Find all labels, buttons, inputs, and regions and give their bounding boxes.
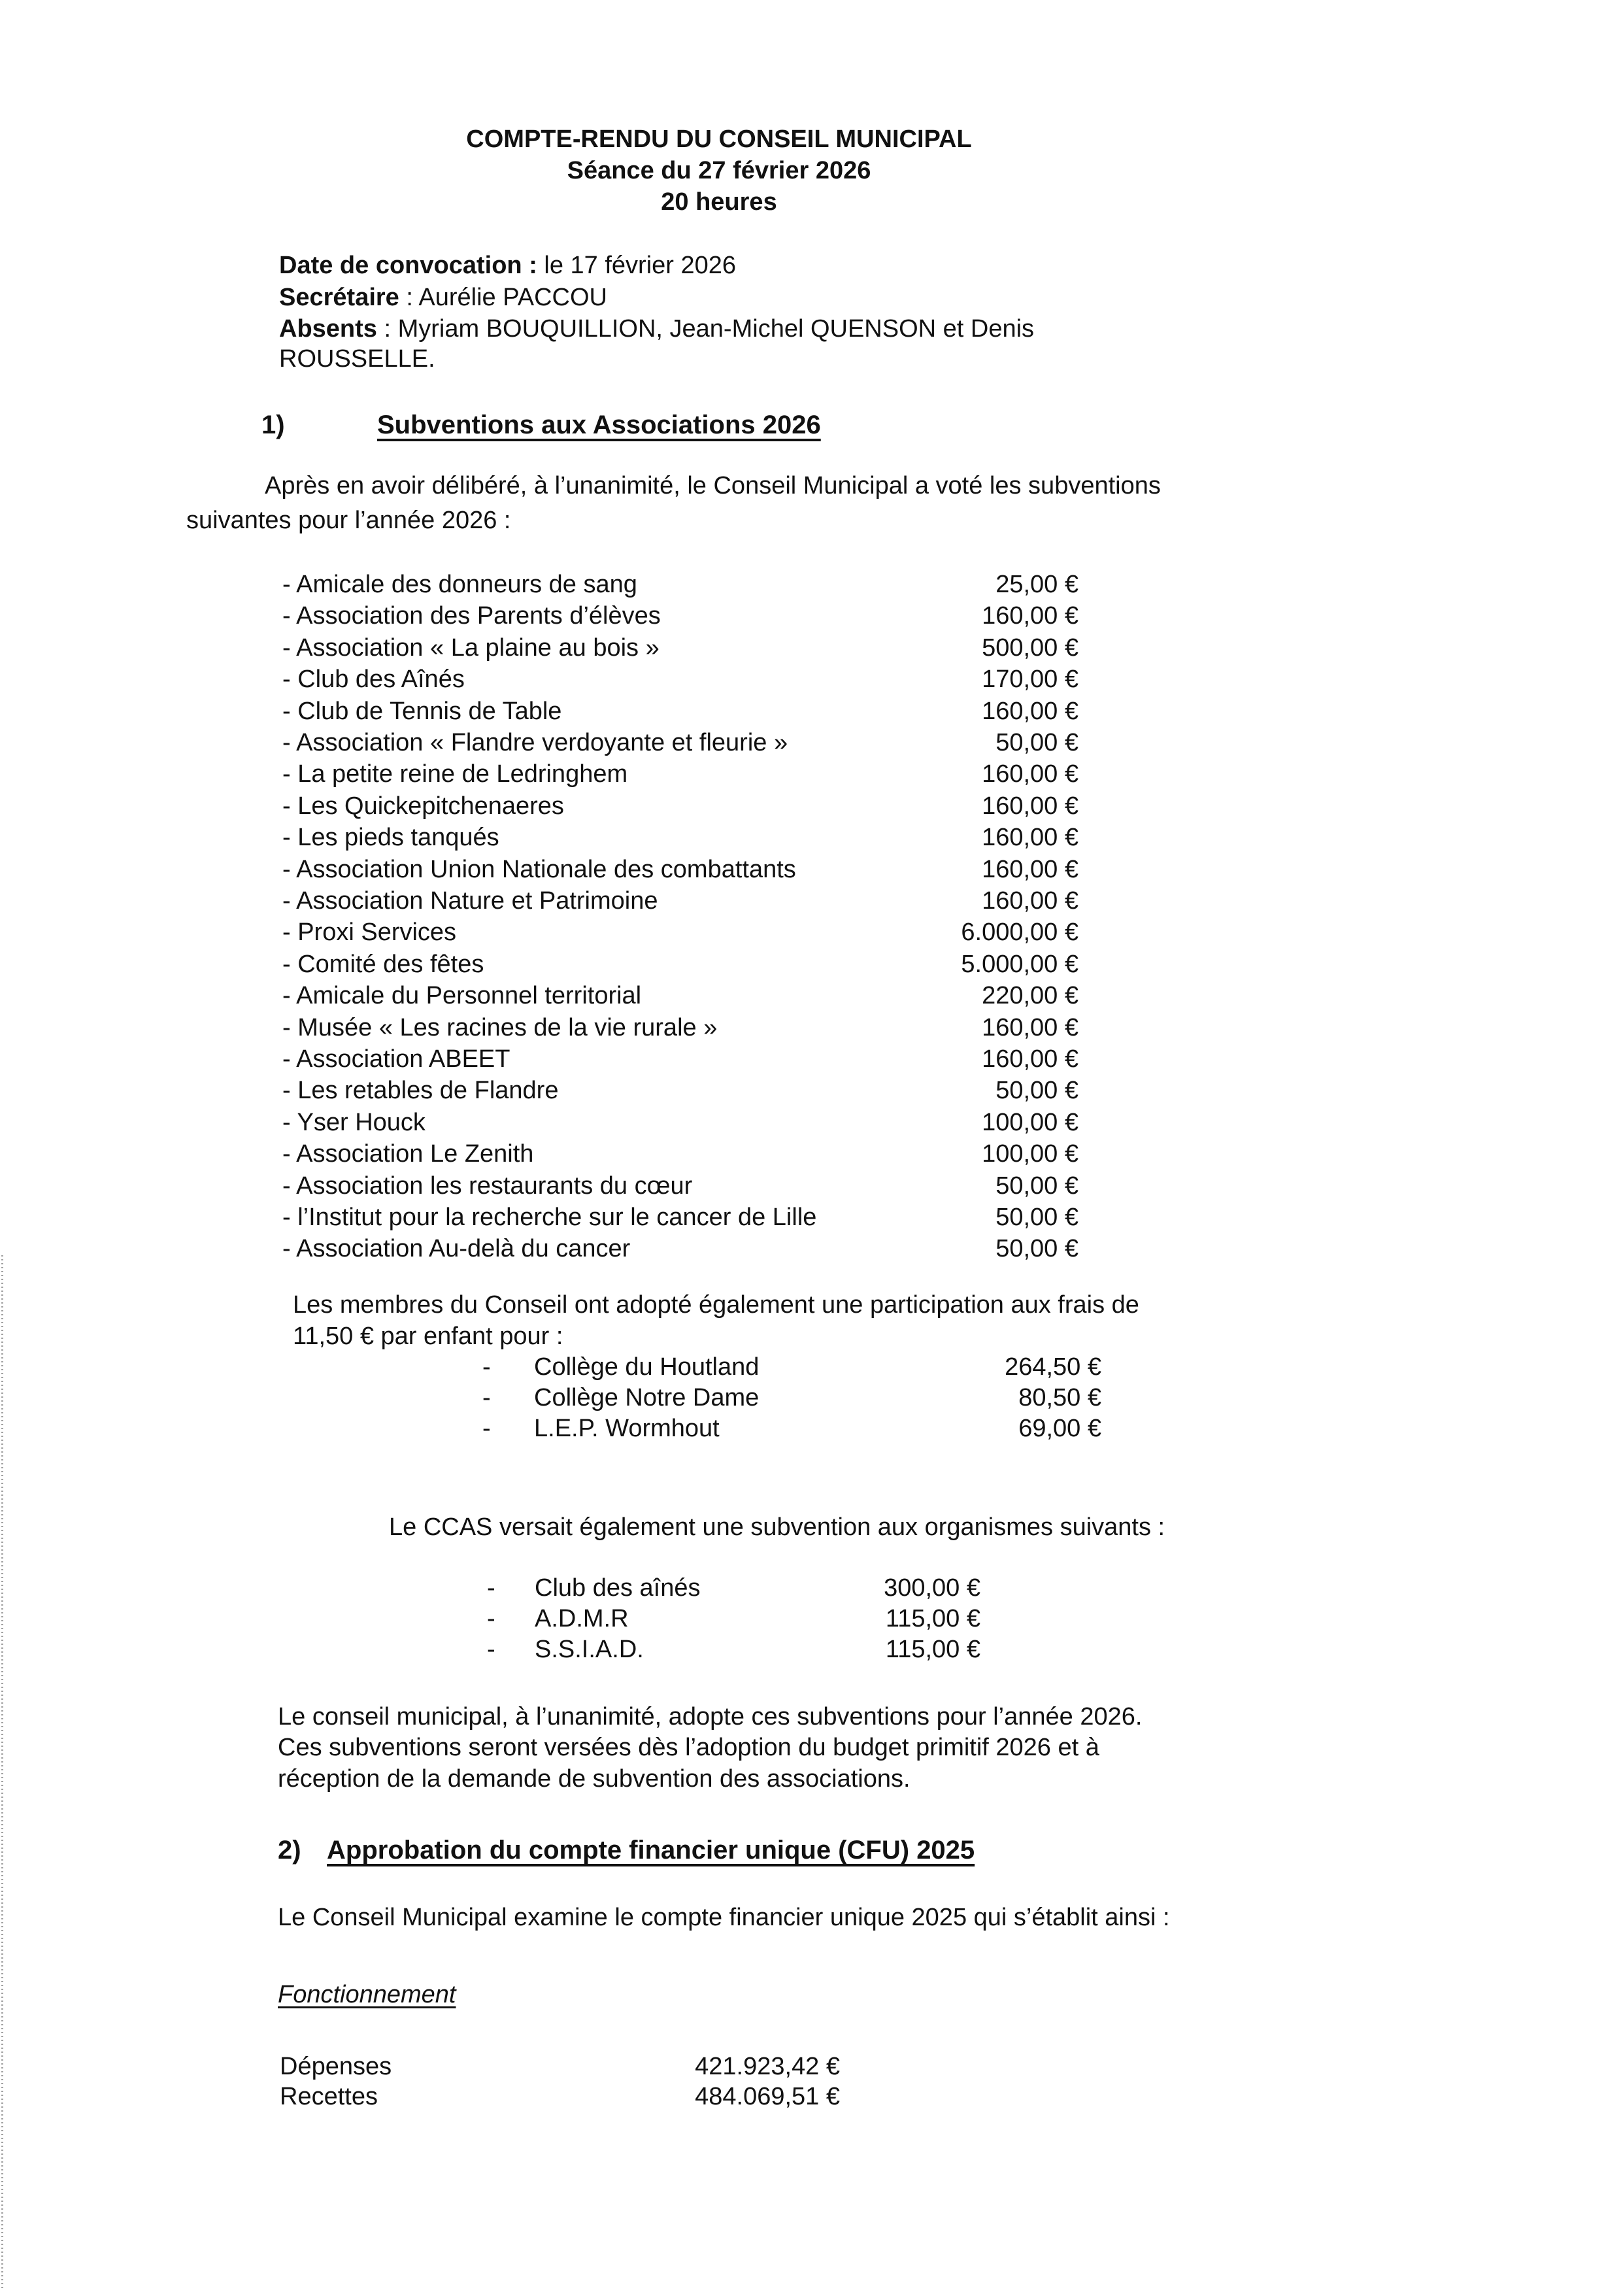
convocation-label: Date de convocation : — [279, 252, 537, 279]
association-amount: 160,00 € — [882, 698, 1078, 726]
association-name: - Association Nature et Patrimoine — [282, 887, 658, 915]
cfu-label: Dépenses — [280, 2053, 392, 2081]
school-name: Collège Notre Dame — [534, 1384, 759, 1412]
association-name: - Amicale du Personnel territorial — [282, 982, 641, 1010]
participation-line-2: 11,50 € par enfant pour : — [293, 1323, 563, 1351]
section-2-number: 2) — [278, 1836, 301, 1865]
association-amount: 25,00 € — [882, 571, 1078, 599]
document-title: COMPTE-RENDU DU CONSEIL MUNICIPAL — [0, 126, 1438, 154]
association-amount: 50,00 € — [882, 729, 1078, 757]
association-amount: 160,00 € — [882, 792, 1078, 820]
association-amount: 5.000,00 € — [882, 951, 1078, 979]
association-name: - l’Institut pour la recherche sur le ca… — [282, 1204, 816, 1232]
association-name: - Les retables de Flandre — [282, 1077, 558, 1105]
association-amount: 50,00 € — [882, 1204, 1078, 1232]
association-amount: 170,00 € — [882, 666, 1078, 694]
association-amount: 160,00 € — [882, 887, 1078, 915]
association-name: - Association Union Nationale des combat… — [282, 856, 796, 884]
school-name: Collège du Houtland — [534, 1353, 759, 1381]
section-1-number: 1) — [261, 411, 285, 440]
association-name: - Les pieds tanqués — [282, 824, 499, 852]
conclusion-line-1: Le conseil municipal, à l’unanimité, ado… — [278, 1703, 1142, 1731]
association-name: - Comité des fêtes — [282, 951, 484, 979]
association-amount: 500,00 € — [882, 634, 1078, 662]
cfu-amount: 421.923,42 € — [644, 2053, 840, 2081]
conclusion-line-3: réception de la demande de subvention de… — [278, 1765, 911, 1793]
scan-edge-artifact — [1, 1255, 3, 2288]
association-name: - Association « Flandre verdoyante et fl… — [282, 729, 788, 757]
association-name: - Association « La plaine au bois » — [282, 634, 660, 662]
association-amount: 160,00 € — [882, 1014, 1078, 1042]
association-amount: 100,00 € — [882, 1109, 1078, 1137]
ccas-name: S.S.I.A.D. — [535, 1636, 644, 1664]
convocation-line: Date de convocation : le 17 février 2026 — [279, 252, 736, 280]
association-name: - Club des Aînés — [282, 666, 465, 694]
absents-label: Absents — [279, 315, 377, 343]
ccas-bullet: - — [487, 1574, 495, 1602]
school-name: L.E.P. Wormhout — [534, 1415, 720, 1443]
association-amount: 100,00 € — [882, 1140, 1078, 1168]
cfu-amount: 484.069,51 € — [644, 2083, 840, 2111]
association-amount: 50,00 € — [882, 1235, 1078, 1263]
school-amount: 264,50 € — [905, 1353, 1101, 1381]
secretary-value: : Aurélie PACCOU — [399, 284, 607, 311]
school-bullet: - — [482, 1353, 491, 1381]
ccas-intro: Le CCAS versait également une subvention… — [389, 1513, 1165, 1542]
school-amount: 80,50 € — [905, 1384, 1101, 1412]
association-amount: 160,00 € — [882, 824, 1078, 852]
school-amount: 69,00 € — [905, 1415, 1101, 1443]
association-name: - Association Le Zenith — [282, 1140, 533, 1168]
association-amount: 160,00 € — [882, 1045, 1078, 1073]
fonctionnement-heading: Fonctionnement — [278, 1981, 456, 2009]
session-time: 20 heures — [0, 188, 1438, 216]
conclusion-line-2: Ces subventions seront versées dès l’ado… — [278, 1734, 1099, 1762]
association-name: - Les Quickepitchenaeres — [282, 792, 564, 820]
absents-line-2: ROUSSELLE. — [279, 345, 435, 373]
session-date: Séance du 27 février 2026 — [0, 157, 1438, 185]
convocation-value: le 17 février 2026 — [537, 252, 736, 279]
association-amount: 160,00 € — [882, 856, 1078, 884]
association-amount: 220,00 € — [882, 982, 1078, 1010]
section-1-title: Subventions aux Associations 2026 — [377, 411, 821, 440]
association-amount: 160,00 € — [882, 602, 1078, 630]
association-name: - Association des Parents d’élèves — [282, 602, 661, 630]
ccas-bullet: - — [487, 1636, 495, 1664]
association-name: - Association ABEET — [282, 1045, 510, 1073]
association-name: - Association Au-delà du cancer — [282, 1235, 630, 1263]
ccas-amount: 300,00 € — [784, 1574, 980, 1602]
document-page: COMPTE-RENDU DU CONSEIL MUNICIPAL Séance… — [0, 0, 1621, 2296]
association-amount: 6.000,00 € — [882, 919, 1078, 947]
association-name: - Musée « Les racines de la vie rurale » — [282, 1014, 717, 1042]
association-name: - Proxi Services — [282, 919, 456, 947]
participation-line-1: Les membres du Conseil ont adopté égalem… — [293, 1291, 1139, 1319]
ccas-amount: 115,00 € — [784, 1636, 980, 1664]
ccas-amount: 115,00 € — [784, 1605, 980, 1633]
school-bullet: - — [482, 1384, 491, 1412]
section-1-intro-line-2: suivantes pour l’année 2026 : — [186, 507, 510, 535]
ccas-name: A.D.M.R — [535, 1605, 629, 1633]
association-amount: 160,00 € — [882, 760, 1078, 788]
secretary-label: Secrétaire — [279, 284, 399, 311]
section-2-intro: Le Conseil Municipal examine le compte f… — [278, 1904, 1170, 1932]
association-amount: 50,00 € — [882, 1077, 1078, 1105]
section-2-title: Approbation du compte financier unique (… — [327, 1836, 975, 1865]
school-bullet: - — [482, 1415, 491, 1443]
ccas-name: Club des aînés — [535, 1574, 701, 1602]
association-name: - Association les restaurants du cœur — [282, 1172, 692, 1200]
association-amount: 50,00 € — [882, 1172, 1078, 1200]
absents-line: Absents : Myriam BOUQUILLION, Jean-Miche… — [279, 315, 1034, 343]
absents-value: : Myriam BOUQUILLION, Jean-Michel QUENSO… — [377, 315, 1034, 343]
ccas-bullet: - — [487, 1605, 495, 1633]
association-name: - La petite reine de Ledringhem — [282, 760, 627, 788]
section-1-intro-line-1: Après en avoir délibéré, à l’unanimité, … — [265, 472, 1161, 500]
association-name: - Amicale des donneurs de sang — [282, 571, 637, 599]
secretary-line: Secrétaire : Aurélie PACCOU — [279, 284, 607, 312]
cfu-label: Recettes — [280, 2083, 378, 2111]
association-name: - Yser Houck — [282, 1109, 426, 1137]
association-name: - Club de Tennis de Table — [282, 698, 561, 726]
